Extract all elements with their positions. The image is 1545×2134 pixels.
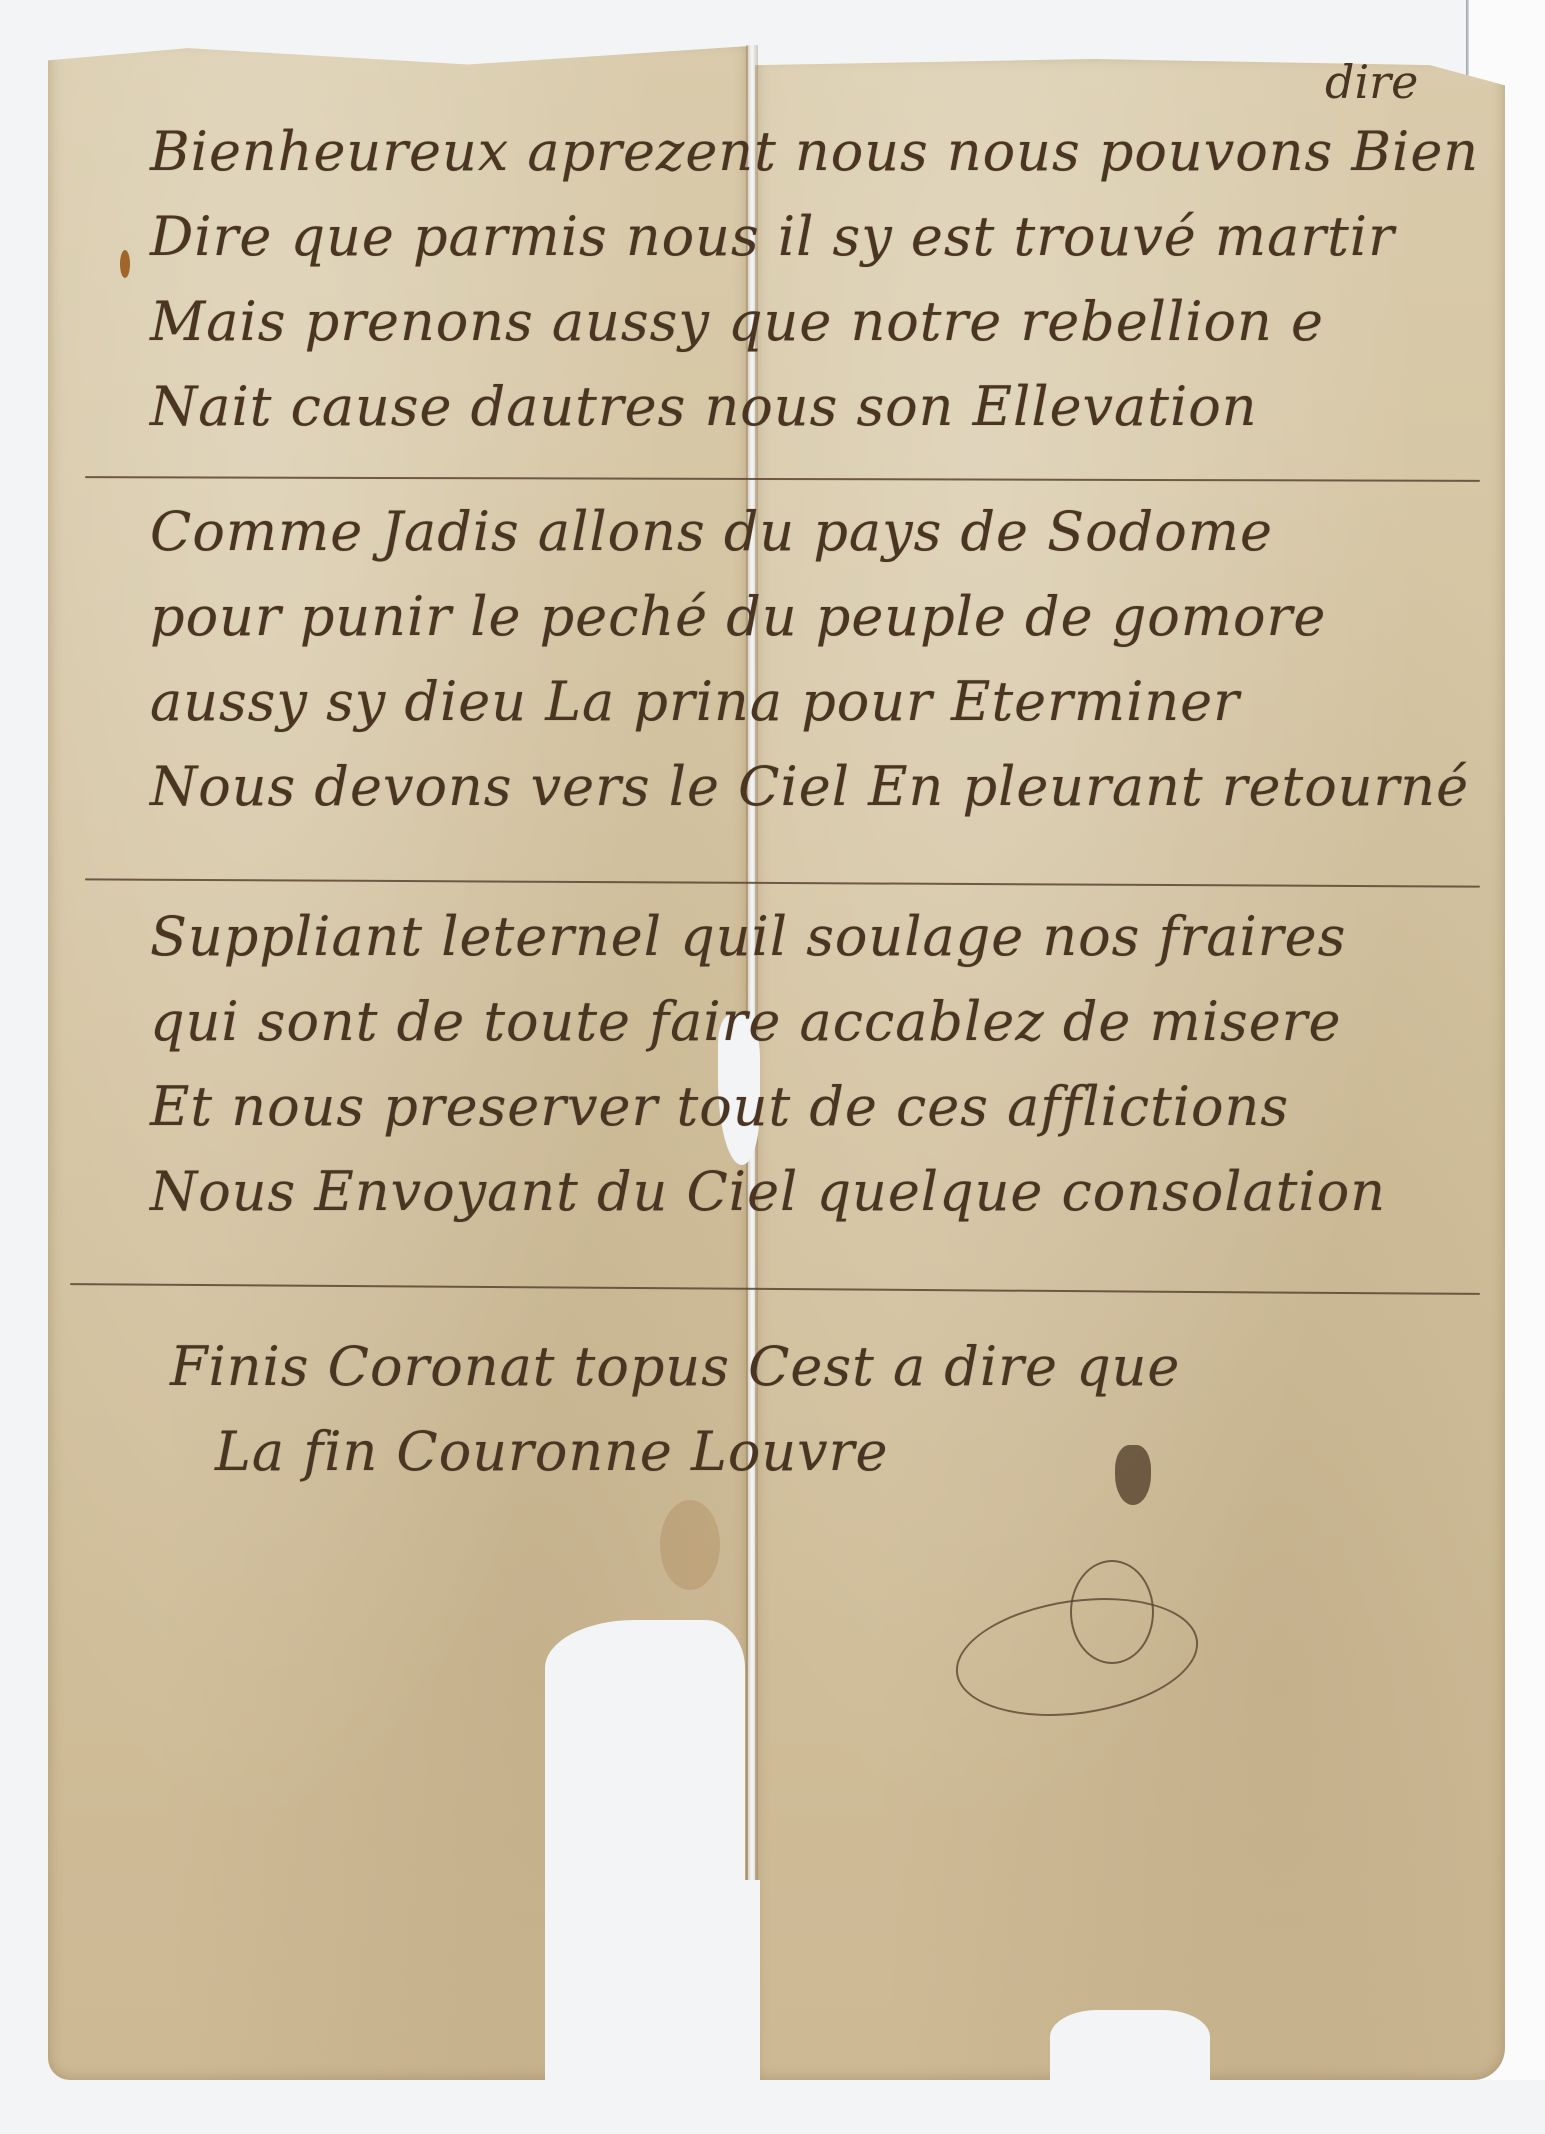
manuscript-line: pour punir le peché du peuple de gomore [150,585,1326,648]
ink-scribble-icon [1115,1445,1151,1505]
interlinear-note: dire [1325,55,1418,109]
manuscript-line: Finis Coronat topus Cest a dire que [170,1335,1180,1398]
manuscript-line: La fin Couronne Louvre [215,1420,888,1483]
manuscript-line: Dire que parmis nous il sy est trouvé ma… [150,205,1395,268]
paper-right-leaf [755,55,1505,2080]
manuscript-line: Bienheureux aprezent nous nous pouvons B… [150,120,1479,183]
manuscript-line: Nous Envoyant du Ciel quelque consolatio… [150,1160,1386,1223]
manuscript-line: Nous devons vers le Ciel En pleurant ret… [150,755,1469,818]
foxing-stain [660,1500,720,1590]
manuscript-line: Suppliant leternel quil soulage nos frai… [150,905,1346,968]
manuscript-line: Comme Jadis allons du pays de Sodome [150,500,1273,563]
pen-flourish [1070,1560,1154,1664]
manuscript-line: Nait cause dautres nous son Ellevation [150,375,1258,438]
manuscript-line: Mais prenons aussy que notre rebellion e [150,290,1324,353]
manuscript-line: aussy sy dieu La prina pour Eterminer [150,670,1240,733]
ink-stain [120,250,130,278]
manuscript-line: qui sont de toute faire accablez de mise… [150,990,1341,1053]
bottom-margin [0,2080,1545,2134]
manuscript-line: Et nous preserver tout de ces affliction… [150,1075,1289,1138]
